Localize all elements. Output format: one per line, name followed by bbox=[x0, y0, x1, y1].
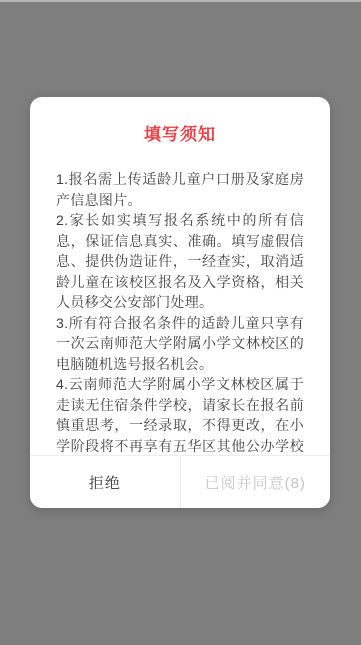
agree-button[interactable]: 已阅并同意(8) bbox=[181, 456, 331, 508]
reject-button[interactable]: 拒绝 bbox=[30, 456, 180, 508]
statusbar-edge bbox=[0, 0, 361, 2]
notice-paragraph: 3.所有符合报名条件的适龄儿童只享有一次云南师范大学附属小学文林校区的电脑随机选… bbox=[56, 313, 304, 375]
dialog-body: 1.报名需上传适龄儿童户口册及家庭房产信息图片。 2.家长如实填写报名系统中的所… bbox=[30, 145, 330, 455]
dialog-footer: 拒绝 已阅并同意(8) bbox=[30, 455, 330, 508]
app-screen: 填写须知 1.报名需上传适龄儿童户口册及家庭房产信息图片。 2.家长如实填写报名… bbox=[0, 0, 361, 645]
notice-dialog: 填写须知 1.报名需上传适龄儿童户口册及家庭房产信息图片。 2.家长如实填写报名… bbox=[30, 97, 330, 508]
notice-paragraph: 4.云南师范大学附属小学文林校区属于走读无住宿条件学校，请家长在报名前慎重思考，… bbox=[56, 374, 304, 455]
notice-paragraph: 1.报名需上传适龄儿童户口册及家庭房产信息图片。 bbox=[56, 169, 304, 210]
dialog-title: 填写须知 bbox=[30, 97, 330, 145]
notice-paragraph: 2.家长如实填写报名系统中的所有信息，保证信息真实、准确。填写虚假信息、提供伪造… bbox=[56, 210, 304, 313]
